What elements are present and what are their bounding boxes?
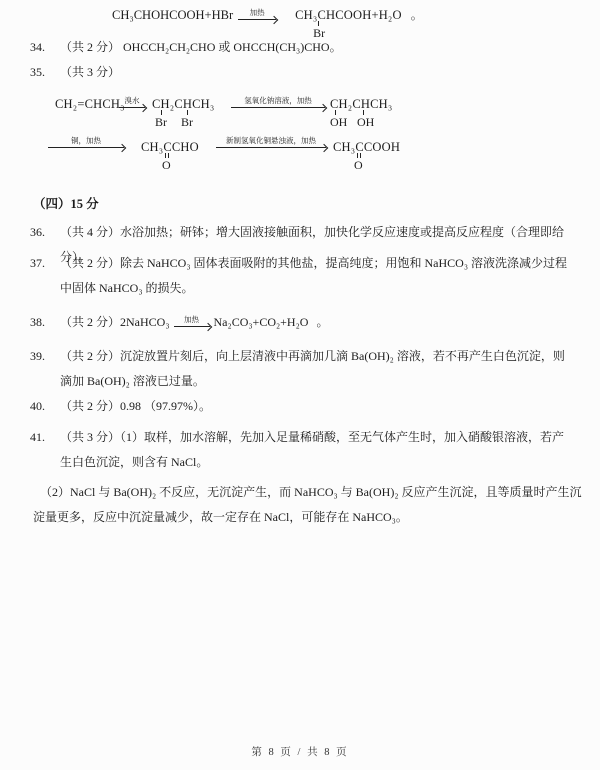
reaction-condition-text: 新制氢氧化铜悬浊液，加热 — [226, 136, 316, 145]
item-number: 39. — [30, 344, 60, 369]
reaction-arrow: 铜，加热 — [48, 136, 124, 148]
answer-item-37: 37. （共 2 分）除去 NaHCO₃ 固体表面吸附的其他盐，提高纯度；用饱和… — [30, 251, 573, 301]
formula-text: CH₃CHCOOH+H₂O — [295, 8, 402, 22]
answer-item-34: 34. （共 2 分） OHCCH₂CH₂CHO 或 OHCCH(CH₃)CHO… — [30, 35, 573, 60]
item-number: 41. — [30, 425, 60, 450]
right-arrow-icon — [238, 19, 276, 20]
answer-item-39: 39. （共 2 分）沉淀放置片刻后，向上层清液中再滴加几滴 Ba(OH)₂ 溶… — [30, 344, 573, 394]
right-arrow-icon — [231, 107, 325, 108]
equation-products: Na₂CO₃+CO₂+H₂O — [214, 315, 309, 330]
item-text: （共 2 分）0.98 （97.97%）。 — [60, 394, 573, 419]
reaction-condition-text: 加热 — [184, 315, 199, 324]
right-arrow-icon — [119, 107, 145, 108]
reaction-condition-text: 溴水 — [125, 96, 140, 105]
molecule-methylglyoxal: CH₃CCHO O — [141, 140, 199, 155]
right-arrow-icon — [174, 326, 210, 327]
answer-item-35: 35. （共 3 分） — [30, 60, 573, 85]
sentence-end-mark: 。 — [411, 8, 423, 23]
item-text: （共 3 分）（1）取样，加水溶解，先加入足量稀硝酸，至无气体产生时，加入硝酸银… — [60, 425, 573, 475]
formula-text: CH₃CCOOH — [333, 140, 400, 154]
sentence-end-mark: 。 — [316, 315, 328, 330]
substituent-text: O — [162, 158, 171, 173]
reaction-arrow: 氢氧化钠溶液，加热 — [231, 96, 325, 108]
formula-text: CH₃CCHO — [141, 140, 199, 154]
item-text: （共 2 分）沉淀放置片刻后，向上层清液中再滴加几滴 Ba(OH)₂ 溶液，若不… — [60, 344, 573, 394]
item-number: 40. — [30, 394, 60, 419]
item-text: （共 2 分） OHCCH₂CH₂CHO 或 OHCCH(CH₃)CHO。 — [60, 35, 573, 60]
right-arrow-icon — [216, 147, 326, 148]
right-arrow-icon — [48, 147, 124, 148]
item-number: 34. — [30, 35, 60, 60]
molecule-propanediol: CH₂CHCH₃ OH OH — [330, 97, 392, 112]
substituent-text: Br — [155, 115, 167, 130]
answer-item-38: 38. （共 2 分）2NaHCO₃ 加热 Na₂CO₃+CO₂+H₂O 。 — [30, 315, 328, 330]
formula-text: CH₂CHCH₃ — [330, 97, 392, 111]
item-number: 35. — [30, 60, 60, 85]
reaction-arrow: 新制氢氧化铜悬浊液，加热 — [216, 136, 326, 148]
item-number: 38. — [30, 315, 60, 330]
item-text: （共 2 分）除去 NaHCO₃ 固体表面吸附的其他盐，提高纯度；用饱和 NaH… — [60, 251, 573, 301]
page-number: 第 8 页 / 共 8 页 — [0, 744, 600, 759]
q35-scheme-row2: 铜，加热 CH₃CCHO O 新制氢氧化铜悬浊液，加热 CH₃CCOOH O — [0, 138, 600, 180]
molecule-pyruvic-acid: CH₃CCOOH O — [333, 140, 400, 155]
molecule-dibromopropane: CH₂CHCH₃ Br Br — [152, 97, 214, 112]
q35-scheme-row1: CH₂=CHCH₃ 溴水 CH₂CHCH₃ Br Br 氢氧化钠溶液，加热 CH… — [0, 97, 600, 139]
item-score: （共 3 分） — [60, 60, 573, 85]
eq33-reaction-equation: CH₃CHOHCOOH+HBr 加热 CH₃CHCOOH+H₂O Br 。 — [112, 8, 423, 23]
formula-text: CH₂CHCH₃ — [152, 97, 214, 111]
answer-sheet-page: CH₃CHOHCOOH+HBr 加热 CH₃CHCOOH+H₂O Br 。 34… — [0, 0, 600, 770]
substituent-text: OH — [357, 115, 374, 130]
section-4-title: （四）15 分 — [33, 192, 99, 217]
item-number: 37. — [30, 251, 60, 276]
substituent-text: Br — [181, 115, 193, 130]
formula-text: CH₂=CHCH₃ — [55, 97, 125, 111]
answer-item-40: 40. （共 2 分）0.98 （97.97%）。 — [30, 394, 573, 419]
substituent-text: O — [354, 158, 363, 173]
reaction-arrow: 溴水 — [119, 96, 145, 108]
reaction-arrow: 加热 — [174, 315, 210, 327]
reaction-condition-text: 铜，加热 — [71, 136, 101, 145]
answer-item-41-part2: （2）NaCl 与 Ba(OH)₂ 不反应，无沉淀产生，而 NaHCO₃ 与 B… — [33, 480, 583, 530]
reaction-condition-text: 氢氧化钠溶液，加热 — [244, 96, 312, 105]
item-lead-text: （共 2 分）2NaHCO₃ — [60, 315, 170, 330]
molecule-bromopropanoic-acid: CH₃CHCOOH+H₂O Br — [295, 8, 402, 23]
reaction-arrow: 加热 — [238, 8, 276, 20]
eq33-reactants: CH₃CHOHCOOH+HBr — [112, 8, 233, 23]
item-number: 36. — [30, 220, 60, 245]
molecule-propene: CH₂=CHCH₃ — [55, 97, 125, 112]
answer-item-41: 41. （共 3 分）（1）取样，加水溶解，先加入足量稀硝酸，至无气体产生时，加… — [30, 425, 573, 475]
substituent-text: OH — [330, 115, 347, 130]
reaction-condition-text: 加热 — [250, 8, 265, 17]
